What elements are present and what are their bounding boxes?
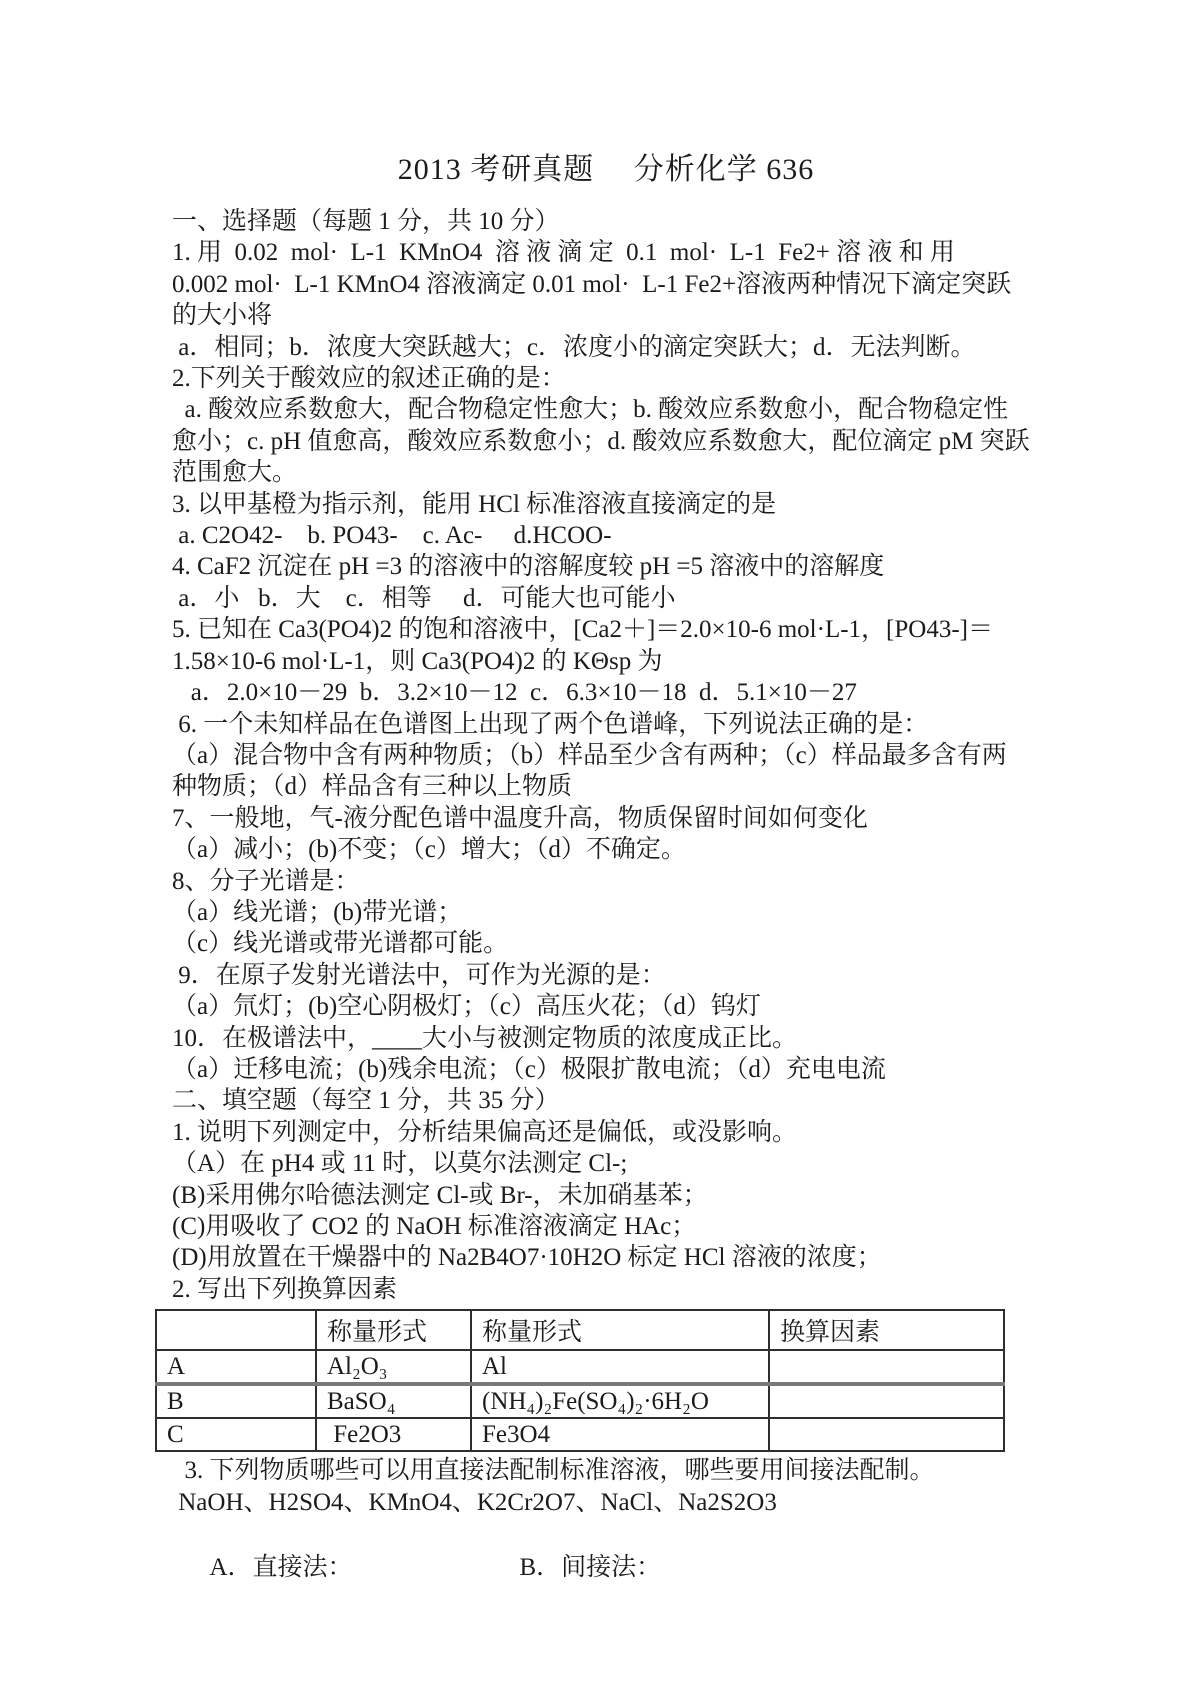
q4-options: a．小 b．大 c．相等 d．可能大也可能小 — [172, 583, 1040, 614]
q1-stem-line3: 的大小将 — [172, 300, 1040, 331]
q6-options-line1: （a）混合物中含有两种物质；（b）样品至少含有两种；（c）样品最多含有两 — [172, 740, 1040, 771]
conversion-factor-table: 称量形式 称量形式 换算因素 A Al₂O₃ Al B BaSO₄ (NH₄)₂… — [155, 1309, 1005, 1452]
q4-stem: 4. CaF2 沉淀在 pH =3 的溶液中的溶解度较 pH =5 溶液中的溶解… — [172, 551, 1040, 582]
fill-q1-item-a: （A）在 pH4 或 11 时，以莫尔法测定 Cl-; — [172, 1148, 1040, 1179]
q10-stem: 10．在极谱法中，____大小与被测定物质的浓度成正比。 — [172, 1023, 1040, 1054]
row-b-label: B — [156, 1384, 316, 1418]
fill-q2-stem: 2. 写出下列换算因素 — [172, 1274, 1040, 1305]
document-page: 2013 考研真题 分析化学 636 一、选择题（每题 1 分，共 10 分） … — [0, 0, 1200, 1697]
row-b-factor — [769, 1384, 1004, 1418]
row-c-weigh-form: Fe2O3 — [316, 1418, 471, 1451]
q9-options: （a）氘灯；(b)空心阴极灯；（c）高压火花；（d）钨灯 — [172, 991, 1040, 1022]
q1-options: a．相同；b．浓度大突跃越大；c．浓度小的滴定突跃大；d．无法判断。 — [172, 332, 1040, 363]
q6-stem: 6. 一个未知样品在色谱图上出现了两个色谱峰，下列说法正确的是： — [172, 709, 1040, 740]
page-title: 2013 考研真题 分析化学 636 — [172, 148, 1040, 192]
q8-options-line2: （c）线光谱或带光谱都可能。 — [172, 928, 1040, 959]
q7-options: （a）减小；(b)不变；（c）增大；（d）不确定。 — [172, 834, 1040, 865]
q2-stem: 2.下列关于酸效应的叙述正确的是： — [172, 363, 1040, 394]
row-a-weigh-form: Al₂O₃ — [316, 1350, 471, 1384]
q1-stem-line1: 1. 用 0.02 mol· L-1 KMnO4 溶 液 滴 定 0.1 mol… — [172, 237, 1040, 268]
header-blank-cell — [156, 1310, 316, 1350]
direct-method-label: A．直接法： — [210, 1552, 520, 1583]
q5-stem-line1: 5. 已知在 Ca3(PO4)2 的饱和溶液中，[Ca2＋]＝2.0×10-6 … — [172, 614, 1040, 645]
fill-q1-item-b: (B)采用佛尔哈德法测定 Cl-或 Br-，未加硝基苯； — [172, 1180, 1040, 1211]
fill-q1-item-d: (D)用放置在干燥器中的 Na2B4O7·10H2O 标定 HCl 溶液的浓度； — [172, 1242, 1040, 1273]
q7-stem: 7、一般地，气-液分配色谱中温度升高，物质保留时间如何变化 — [172, 803, 1040, 834]
fill-q3-substances: NaOH、H2SO4、KMnO4、K2Cr2O7、NaCl、Na2S2O3 — [172, 1487, 1040, 1518]
row-c-target-form: Fe3O4 — [471, 1418, 769, 1451]
q5-stem-line2: 1.58×10-6 mol·L-1，则 Ca3(PO4)2 的 KΘsp 为 — [172, 646, 1040, 677]
q2-options-line2: 愈小；c. pH 值愈高，酸效应系数愈小；d. 酸效应系数愈大，配位滴定 pM … — [172, 426, 1040, 457]
q2-options-line3: 范围愈大。 — [172, 457, 1040, 488]
header-weigh-form-cell: 称量形式 — [316, 1310, 471, 1350]
table-row-a: A Al₂O₃ Al — [156, 1350, 1004, 1384]
row-b-target-form: (NH₄)₂Fe(SO₄)₂·6H₂O — [471, 1384, 769, 1418]
header-factor-cell: 换算因素 — [769, 1310, 1004, 1350]
fill-q1-stem: 1. 说明下列测定中，分析结果偏高还是偏低，或没影响。 — [172, 1117, 1040, 1148]
row-a-target-form: Al — [471, 1350, 769, 1384]
q2-options-line1: a. 酸效应系数愈大，配合物稳定性愈大；b. 酸效应系数愈小，配合物稳定性 — [172, 394, 1040, 425]
header-target-form-cell: 称量形式 — [471, 1310, 769, 1350]
fill-q3-stem: 3. 下列物质哪些可以用直接法配制标准溶液，哪些要用间接法配制。 — [172, 1455, 1040, 1486]
table-row-c: C Fe2O3 Fe3O4 — [156, 1418, 1004, 1451]
row-c-factor — [769, 1418, 1004, 1451]
q8-stem: 8、分子光谱是： — [172, 866, 1040, 897]
section-fill-heading: 二、填空题（每空 1 分，共 35 分） — [172, 1085, 1040, 1116]
q10-options: （a）迁移电流；(b)残余电流；（c）极限扩散电流；（d）充电电流 — [172, 1054, 1040, 1085]
fill-q1-item-c: (C)用吸收了 CO2 的 NaOH 标准溶液滴定 HAc； — [172, 1211, 1040, 1242]
row-a-factor — [769, 1350, 1004, 1384]
section-choice-heading: 一、选择题（每题 1 分，共 10 分） — [172, 206, 1040, 237]
q6-options-line2: 种物质；（d）样品含有三种以上物质 — [172, 771, 1040, 802]
table-header-row: 称量形式 称量形式 换算因素 — [156, 1310, 1004, 1350]
q8-options-line1: （a）线光谱；(b)带光谱； — [172, 897, 1040, 928]
row-c-label: C — [156, 1418, 316, 1451]
q5-options: a．2.0×10－29 b．3.2×10－12 c．6.3×10－18 d．5.… — [172, 677, 1040, 708]
fill-q3-answer-line: A．直接法：B．间接法： — [172, 1521, 1040, 1615]
indirect-method-label: B．间接法： — [520, 1554, 662, 1581]
q3-stem: 3. 以甲基橙为指示剂，能用 HCl 标准溶液直接滴定的是 — [172, 489, 1040, 520]
table-row-b: B BaSO₄ (NH₄)₂Fe(SO₄)₂·6H₂O — [156, 1384, 1004, 1418]
q9-stem: 9．在原子发射光谱法中，可作为光源的是： — [172, 960, 1040, 991]
q1-stem-line2: 0.002 mol· L-1 KMnO4 溶液滴定 0.01 mol· L-1 … — [172, 269, 1040, 300]
row-a-label: A — [156, 1350, 316, 1384]
row-b-weigh-form: BaSO₄ — [316, 1384, 471, 1418]
q3-options: a. C2O42- b. PO43- c. Ac- d.HCOO- — [172, 520, 1040, 551]
document-content: 2013 考研真题 分析化学 636 一、选择题（每题 1 分，共 10 分） … — [172, 148, 1040, 1615]
